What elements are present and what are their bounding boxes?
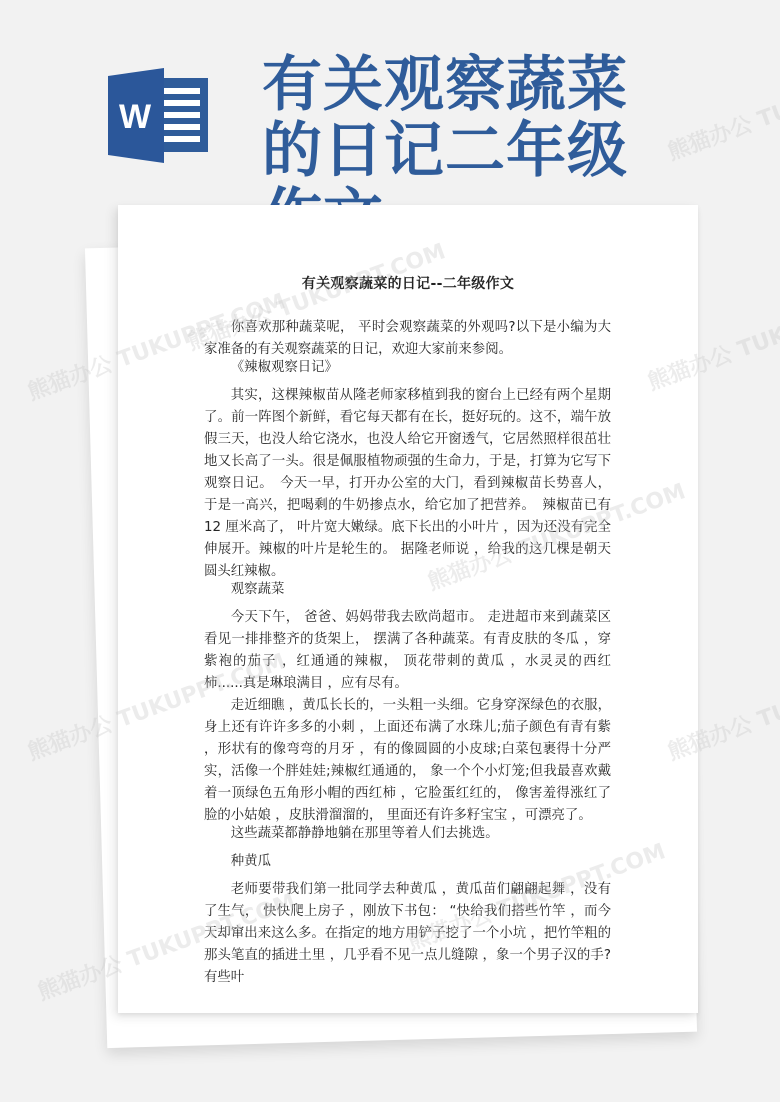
paragraph-cucumber: 老师要带我们第一批同学去种黄瓜 ，黄瓜苗们翩翩起舞 ，没有了生气， 快快爬上房子… — [204, 879, 611, 989]
heading-observe-vegetables: 观察蔬菜 — [204, 579, 611, 601]
paragraph-supermarket: 今天下午， 爸爸、妈妈带我去欧尚超市。 走进超市来到蔬菜区看见一排排整齐的货架上… — [204, 607, 611, 695]
svg-text:W: W — [119, 98, 152, 136]
header-banner: W 有关观察蔬菜的日记二年级作文 — [0, 0, 780, 200]
heading-plant-cucumber: 种黄瓜 — [204, 851, 611, 873]
paragraph-pepper: 其实，这棵辣椒苗从隆老师家移植到我的窗台上已经有两个星期了。前一阵图个新鲜，看它… — [204, 385, 611, 583]
document-page: 有关观察蔬菜的日记--二年级作文 你喜欢那种蔬菜呢， 平时会观察蔬菜的外观吗?以… — [118, 205, 698, 1013]
word-document-icon: W — [108, 68, 210, 163]
paragraph-intro: 你喜欢那种蔬菜呢， 平时会观察蔬菜的外观吗?以下是小编为大家准备的有关观察蔬菜的… — [204, 317, 611, 361]
document-body: 你喜欢那种蔬菜呢， 平时会观察蔬菜的外观吗?以下是小编为大家准备的有关观察蔬菜的… — [204, 317, 611, 989]
document-title: 有关观察蔬菜的日记--二年级作文 — [118, 273, 698, 293]
paragraph-closer-look: 走近细瞧 ，黄瓜长长的，一头粗一头细。它身穿深绿色的衣服，身上还有许许多多的小刺… — [204, 695, 611, 827]
